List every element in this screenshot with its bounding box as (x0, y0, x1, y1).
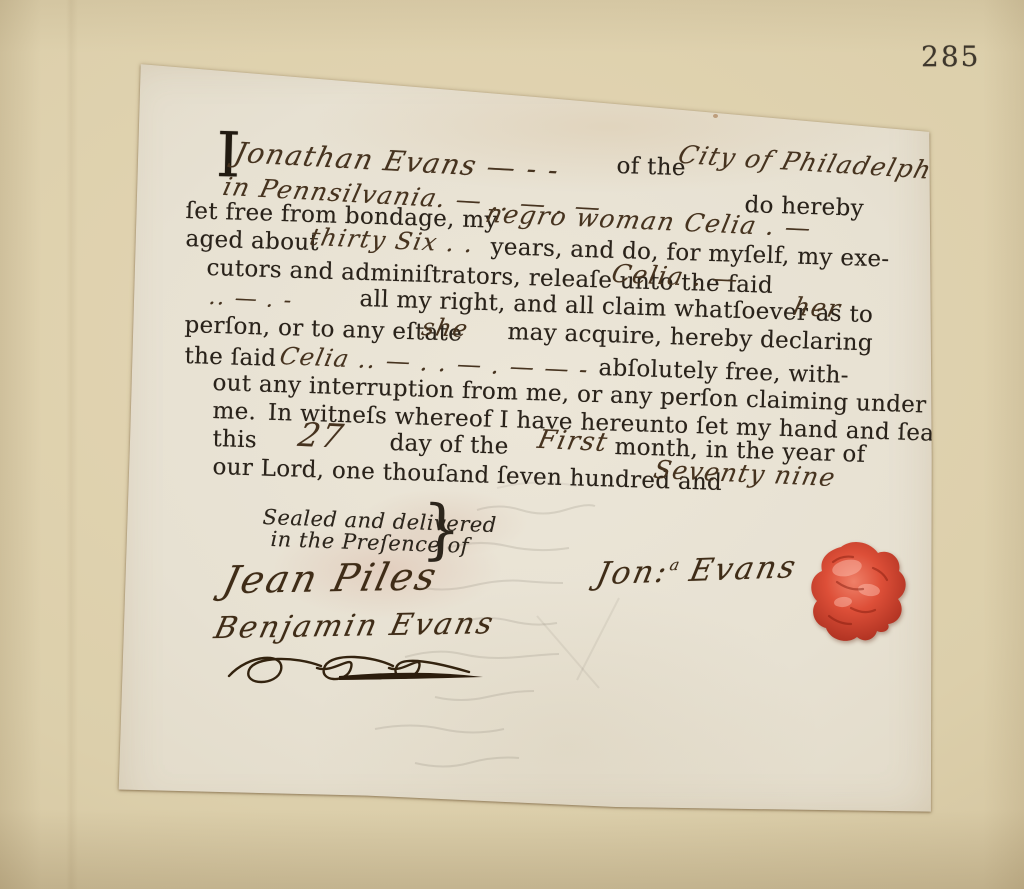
principal-signature-prefix: Jon: (593, 554, 672, 593)
printed-text: the ſaid (184, 343, 276, 372)
book-page: 285 (0, 0, 1024, 889)
foxing-speck (355, 60, 363, 65)
wax-seal (809, 540, 911, 650)
document-wrap: I Jonathan Evans — - - of the City of Ph… (117, 58, 935, 820)
handwritten-place: City of Philadelphia (675, 140, 962, 186)
handwritten-text: she (419, 313, 471, 343)
witness-signature-2: Benjamin Evans (211, 606, 499, 646)
handwritten-name: Celia . — (609, 259, 742, 294)
foxing-speck (713, 114, 718, 118)
document-paper: I Jonathan Evans — - - of the City of Ph… (117, 58, 935, 820)
foxing-speck (856, 118, 861, 122)
printed-text: aged about (185, 226, 319, 256)
crease-line (123, 798, 931, 814)
signature-flourish (221, 648, 501, 698)
handwritten-dashes: .. — . - (207, 285, 295, 314)
handwritten-text: her (790, 292, 844, 323)
principal-signature-surname: Evans (686, 549, 801, 589)
handwritten-month: First (535, 425, 611, 458)
printed-text: this (212, 426, 257, 453)
handwritten-day: 27 (295, 415, 348, 456)
principal-signature: Jon:a Evans (593, 549, 801, 592)
printed-text: day of the (389, 430, 509, 460)
witness-signature-1: Jean Piles (219, 554, 443, 602)
